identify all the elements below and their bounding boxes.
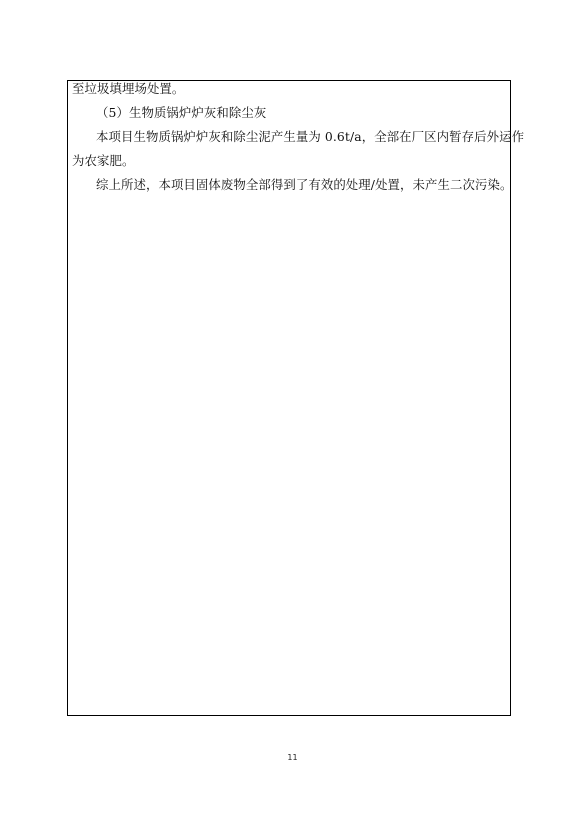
paragraph-continuation: 至垃圾填埋场处置。 [72, 81, 184, 97]
paragraph-ash-line2: 为农家肥。 [72, 153, 134, 169]
paragraph-summary: 综上所述，本项目固体废物全部得到了有效的处理/处置，未产生二次污染。 [96, 177, 512, 193]
content-table-cell: 至垃圾填埋场处置。 （5）生物质锅炉炉灰和除尘灰 本项目生物质锅炉炉灰和除尘泥产… [67, 80, 511, 716]
section-heading-5: （5）生物质锅炉炉灰和除尘灰 [96, 105, 266, 121]
paragraph-ash-line1: 本项目生物质锅炉炉灰和除尘泥产生量为 0.6t/a，全部在厂区内暂存后外运作 [96, 129, 524, 145]
page-number: 11 [0, 753, 585, 762]
